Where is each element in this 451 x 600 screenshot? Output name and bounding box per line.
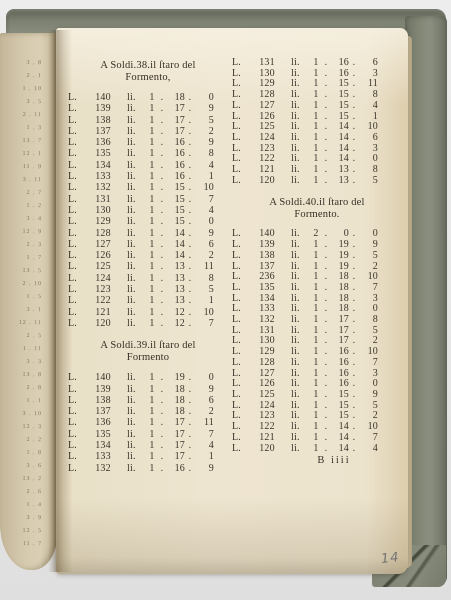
- row-lire-value: 137: [83, 126, 123, 137]
- row-separator: .: [321, 176, 331, 187]
- row-separator: .: [185, 115, 195, 126]
- row-soldi-value: 14: [167, 239, 185, 250]
- row-lire-unit: 1: [147, 440, 157, 451]
- row-li-label: li.: [123, 250, 147, 261]
- row-lire-value: 121: [247, 433, 287, 444]
- row-currency-label: L.: [68, 115, 83, 126]
- row-separator: .: [185, 417, 195, 428]
- row-separator: .: [185, 307, 195, 318]
- row-separator: .: [321, 433, 331, 444]
- row-separator: .: [185, 160, 195, 171]
- row-li-label: li.: [123, 194, 147, 205]
- row-soldi-value: 13: [167, 284, 185, 295]
- facing-page-text-fragment: 3 . 5: [4, 96, 42, 109]
- facing-page-text-fragment: 2 . 7: [4, 187, 42, 200]
- table-row: L.128li.1.14.9: [68, 228, 228, 239]
- row-lire-unit: 1: [147, 160, 157, 171]
- table-row: L.128li.1.16.7: [232, 358, 402, 369]
- row-lire-value: 127: [247, 101, 287, 112]
- row-lire-value: 138: [83, 395, 123, 406]
- row-lire-value: 135: [83, 429, 123, 440]
- facing-page-text-fragment: 13 . 8: [4, 369, 42, 382]
- row-separator: .: [185, 463, 195, 474]
- facing-page-text-fragment: 2 . 8: [4, 382, 42, 395]
- row-currency-label: L.: [68, 395, 83, 406]
- row-currency-label: L.: [68, 372, 83, 383]
- section-heading-line2: Formento,: [68, 72, 228, 84]
- row-denari-value: 5: [359, 251, 379, 262]
- row-li-label: li.: [123, 429, 147, 440]
- row-lire-unit: 1: [147, 463, 157, 474]
- row-lire-value: 120: [83, 318, 123, 329]
- row-separator: .: [185, 137, 195, 148]
- row-separator: .: [157, 318, 167, 329]
- row-currency-label: L.: [68, 239, 83, 250]
- row-separator: .: [157, 451, 167, 462]
- row-currency-label: L.: [232, 251, 247, 262]
- row-lire-unit: 1: [147, 137, 157, 148]
- row-denari-value: 2: [195, 126, 215, 137]
- table-row: L.125li.1.13.11: [68, 261, 228, 272]
- row-separator: .: [185, 148, 195, 159]
- row-lire-value: 140: [83, 372, 123, 383]
- row-separator: .: [185, 126, 195, 137]
- row-lire-value: 128: [83, 228, 123, 239]
- facing-page-text-fragment: 12 . 9: [4, 226, 42, 239]
- facing-page-text-fragment: 3 . 6: [4, 460, 42, 473]
- table-row: L.131li.1.15.7: [68, 194, 228, 205]
- row-denari-value: 2: [195, 406, 215, 417]
- row-lire-value: 133: [83, 451, 123, 462]
- facing-page-text-fragment: 3 . 4: [4, 213, 42, 226]
- facing-page-text-fragment: 12 . 3: [4, 421, 42, 434]
- row-currency-label: L.: [68, 318, 83, 329]
- row-soldi-value: 15: [331, 101, 349, 112]
- section-heading-line2: Formento: [68, 352, 228, 364]
- row-li-label: li.: [123, 406, 147, 417]
- row-lire-value: 131: [83, 194, 123, 205]
- row-lire-value: 130: [83, 205, 123, 216]
- row-separator: .: [157, 194, 167, 205]
- row-separator: .: [157, 395, 167, 406]
- row-lire-value: 133: [83, 171, 123, 182]
- row-separator: .: [185, 216, 195, 227]
- row-separator: .: [157, 372, 167, 383]
- row-separator: .: [349, 251, 359, 262]
- row-separator: .: [321, 251, 331, 262]
- row-li-label: li.: [123, 372, 147, 383]
- row-soldi-value: 12: [167, 318, 185, 329]
- row-lire-unit: 1: [147, 429, 157, 440]
- table-row: L.121li.1.14.7: [232, 433, 402, 444]
- row-soldi-value: 17: [167, 115, 185, 126]
- row-currency-label: L.: [68, 295, 83, 306]
- row-li-label: li.: [287, 176, 311, 187]
- facing-page-text-fragment: 13 . 5: [4, 265, 42, 278]
- row-denari-value: 5: [195, 115, 215, 126]
- row-soldi-value: 18: [167, 384, 185, 395]
- row-soldi-value: 15: [167, 182, 185, 193]
- table-row: L.135li.1.17.7: [68, 429, 228, 440]
- row-currency-label: L.: [68, 216, 83, 227]
- row-lire-unit: 1: [147, 372, 157, 383]
- row-separator: .: [185, 182, 195, 193]
- row-separator: .: [185, 372, 195, 383]
- row-currency-label: L.: [68, 182, 83, 193]
- row-soldi-value: 17: [167, 417, 185, 428]
- table-row: L.120li.1.13.5: [232, 176, 402, 187]
- row-denari-value: 1: [195, 171, 215, 182]
- table-row: L.121li.1.12.10: [68, 307, 228, 318]
- row-li-label: li.: [123, 171, 147, 182]
- row-lire-value: 132: [83, 182, 123, 193]
- row-soldi-value: 17: [167, 429, 185, 440]
- table-row: L.132li.1.16.9: [68, 463, 228, 474]
- row-separator: .: [157, 103, 167, 114]
- row-separator: .: [185, 429, 195, 440]
- facing-page-text-fragment: 2 . 10: [4, 278, 42, 291]
- section-heading-soldi-40: A Soldi.40.il ſtaro del Formento.: [232, 197, 402, 221]
- row-soldi-value: 15: [167, 194, 185, 205]
- row-currency-label: L.: [68, 205, 83, 216]
- table-row: L.137li.1.17.2: [68, 126, 228, 137]
- facing-page-text-fragment: 3 . 3: [4, 356, 42, 369]
- price-table-soldi-38: L.140li.1.18.0L.139li.1.17.9L.138li.1.17…: [68, 92, 228, 329]
- facing-page-text-fragment: 3 . 11: [4, 174, 42, 187]
- row-separator: .: [185, 451, 195, 462]
- row-separator: .: [157, 406, 167, 417]
- row-lire-value: 125: [83, 261, 123, 272]
- row-lire-unit: 1: [147, 182, 157, 193]
- row-lire-value: 123: [83, 284, 123, 295]
- row-separator: .: [157, 137, 167, 148]
- row-denari-value: 5: [359, 176, 379, 187]
- row-li-label: li.: [123, 182, 147, 193]
- row-li-label: li.: [123, 216, 147, 227]
- row-denari-value: 7: [359, 358, 379, 369]
- row-currency-label: L.: [68, 103, 83, 114]
- section-heading-soldi-39: A Soldi.39.il ſtaro del Formento: [68, 340, 228, 364]
- row-separator: .: [157, 92, 167, 103]
- row-currency-label: L.: [68, 194, 83, 205]
- row-currency-label: L.: [68, 307, 83, 318]
- book-page: A Soldi.38.il ſtaro del Formento, L.140l…: [56, 28, 408, 574]
- row-li-label: li.: [123, 417, 147, 428]
- row-separator: .: [349, 176, 359, 187]
- row-li-label: li.: [123, 295, 147, 306]
- row-currency-label: L.: [68, 406, 83, 417]
- row-soldi-value: 13: [331, 176, 349, 187]
- row-li-label: li.: [123, 261, 147, 272]
- row-soldi-value: 15: [167, 216, 185, 227]
- row-separator: .: [185, 261, 195, 272]
- row-lire-unit: 1: [147, 295, 157, 306]
- facing-page-text-fragment: 1 . 1: [4, 395, 42, 408]
- section-heading-soldi-38: A Soldi.38.il ſtaro del Formento,: [68, 60, 228, 84]
- row-lire-value: 127: [83, 239, 123, 250]
- facing-page-text-fragment: 2 . 5: [4, 330, 42, 343]
- facing-page-text-fragment: 1 . 10: [4, 83, 42, 96]
- row-separator: .: [157, 384, 167, 395]
- table-row: L.122li.1.13.1: [68, 295, 228, 306]
- row-denari-value: 9: [195, 137, 215, 148]
- facing-page-text-fragment: 1 . 2: [4, 200, 42, 213]
- row-separator: .: [185, 440, 195, 451]
- table-row: L.140li.1.18.0: [68, 92, 228, 103]
- row-lire-value: 129: [83, 216, 123, 227]
- table-row: L.120li.1.12.7: [68, 318, 228, 329]
- row-separator: .: [157, 182, 167, 193]
- row-lire-unit: 1: [147, 115, 157, 126]
- row-lire-unit: 1: [147, 148, 157, 159]
- section-heading-line2: Formento.: [232, 209, 402, 221]
- row-lire-value: 122: [83, 295, 123, 306]
- table-row: L.126li.1.14.2: [68, 250, 228, 261]
- row-soldi-value: 19: [331, 251, 349, 262]
- row-lire-unit: 1: [147, 194, 157, 205]
- row-denari-value: 0: [195, 372, 215, 383]
- row-soldi-value: 13: [167, 273, 185, 284]
- row-currency-label: L.: [68, 429, 83, 440]
- row-soldi-value: 17: [167, 440, 185, 451]
- row-separator: .: [185, 318, 195, 329]
- row-lire-unit: 1: [311, 176, 321, 187]
- row-denari-value: 7: [195, 429, 215, 440]
- facing-page-text-fragment: 2 . 11: [4, 109, 42, 122]
- row-li-label: li.: [123, 463, 147, 474]
- row-soldi-value: 16: [167, 160, 185, 171]
- row-lire-value: 128: [247, 358, 287, 369]
- row-li-label: li.: [287, 433, 311, 444]
- row-lire-value: 126: [83, 250, 123, 261]
- row-separator: .: [157, 160, 167, 171]
- row-soldi-value: 15: [167, 205, 185, 216]
- row-separator: .: [157, 228, 167, 239]
- row-li-label: li.: [123, 307, 147, 318]
- section-heading-line1: A Soldi.38.il ſtaro del: [68, 60, 228, 72]
- row-lire-unit: 1: [147, 318, 157, 329]
- row-currency-label: L.: [68, 417, 83, 428]
- row-soldi-value: 18: [167, 406, 185, 417]
- row-li-label: li.: [123, 137, 147, 148]
- row-soldi-value: 17: [167, 103, 185, 114]
- row-li-label: li.: [123, 160, 147, 171]
- price-table-column-left: A Soldi.38.il ſtaro del Formento, L.140l…: [68, 60, 228, 474]
- table-row: L.138li.1.19.5: [232, 251, 402, 262]
- row-lire-value: 136: [83, 137, 123, 148]
- row-currency-label: L.: [232, 176, 247, 187]
- row-denari-value: 10: [195, 307, 215, 318]
- row-separator: .: [157, 463, 167, 474]
- row-currency-label: L.: [68, 160, 83, 171]
- facing-page-text-fragment: 13 . 2: [4, 473, 42, 486]
- row-lire-unit: 1: [147, 261, 157, 272]
- table-row: L.132li.1.15.10: [68, 182, 228, 193]
- row-lire-unit: 1: [147, 417, 157, 428]
- row-denari-value: 7: [195, 194, 215, 205]
- row-li-label: li.: [287, 444, 311, 455]
- row-separator: .: [185, 295, 195, 306]
- facing-page-edge: 3 . 82 . 11 . 103 . 52 . 111 . 313 . 712…: [0, 33, 57, 570]
- row-soldi-value: 13: [167, 261, 185, 272]
- row-lire-unit: 1: [147, 216, 157, 227]
- row-currency-label: L.: [68, 451, 83, 462]
- facing-page-text-fragment: 13 . 7: [4, 135, 42, 148]
- row-soldi-value: 16: [167, 148, 185, 159]
- row-separator: .: [157, 250, 167, 261]
- facing-page-text-fragment: 3 . 10: [4, 408, 42, 421]
- table-row: L.127li.1.14.6: [68, 239, 228, 250]
- row-soldi-value: 13: [167, 295, 185, 306]
- row-currency-label: L.: [232, 433, 247, 444]
- row-currency-label: L.: [68, 171, 83, 182]
- row-separator: .: [157, 148, 167, 159]
- row-separator: .: [185, 250, 195, 261]
- row-denari-value: 4: [195, 205, 215, 216]
- row-li-label: li.: [123, 284, 147, 295]
- row-separator: .: [157, 284, 167, 295]
- row-lire-value: 135: [83, 148, 123, 159]
- table-row: L.134li.1.17.4: [68, 440, 228, 451]
- row-currency-label: L.: [68, 261, 83, 272]
- row-soldi-value: 18: [167, 92, 185, 103]
- row-denari-value: 1: [195, 295, 215, 306]
- row-currency-label: L.: [68, 92, 83, 103]
- row-currency-label: L.: [232, 444, 247, 455]
- row-denari-value: 0: [195, 216, 215, 227]
- row-li-label: li.: [123, 148, 147, 159]
- facing-page-text-fragment: 1 . 3: [4, 122, 42, 135]
- row-lire-unit: 1: [147, 103, 157, 114]
- row-separator: .: [185, 273, 195, 284]
- row-lire-unit: 1: [147, 239, 157, 250]
- row-separator: .: [185, 92, 195, 103]
- signature-mark: B iiii: [232, 455, 402, 466]
- facing-page-text-fragment: 2 . 1: [4, 70, 42, 83]
- row-li-label: li.: [123, 126, 147, 137]
- row-separator: .: [157, 295, 167, 306]
- row-currency-label: L.: [68, 273, 83, 284]
- row-separator: .: [157, 417, 167, 428]
- price-table-soldi-39-part1: L.140li.1.19.0L.139li.1.18.9L.138li.1.18…: [68, 372, 228, 474]
- row-currency-label: L.: [68, 440, 83, 451]
- row-lire-value: 138: [83, 115, 123, 126]
- row-lire-unit: 1: [147, 92, 157, 103]
- table-row: L.123li.1.13.5: [68, 284, 228, 295]
- facing-page-text-fragment: 11 . 9: [4, 161, 42, 174]
- table-row: L.129li.1.15.0: [68, 216, 228, 227]
- price-table-soldi-40: L.140li.2.0.0L.139li.1.19.9L.138li.1.19.…: [232, 229, 402, 454]
- row-separator: .: [157, 261, 167, 272]
- table-row: L.124li.1.13.8: [68, 273, 228, 284]
- row-lire-value: 139: [83, 384, 123, 395]
- row-li-label: li.: [123, 273, 147, 284]
- row-li-label: li.: [123, 395, 147, 406]
- row-denari-value: 9: [195, 228, 215, 239]
- facing-page-text-fragment: 2 . 3: [4, 239, 42, 252]
- table-row: L.135li.1.16.8: [68, 148, 228, 159]
- row-soldi-value: 16: [167, 137, 185, 148]
- row-soldi-value: 16: [167, 171, 185, 182]
- row-separator: .: [349, 433, 359, 444]
- row-soldi-value: 18: [167, 395, 185, 406]
- row-denari-value: 8: [195, 148, 215, 159]
- row-separator: .: [157, 171, 167, 182]
- facing-page-text-fragment: 12 . 1: [4, 148, 42, 161]
- row-li-label: li.: [123, 92, 147, 103]
- row-li-label: li.: [123, 239, 147, 250]
- row-li-label: li.: [123, 205, 147, 216]
- table-row: L.136li.1.17.11: [68, 417, 228, 428]
- table-row: L.133li.1.17.1: [68, 451, 228, 462]
- row-lire-unit: 1: [311, 433, 321, 444]
- facing-page-text-fragment: 12 . 5: [4, 525, 42, 538]
- row-li-label: li.: [123, 451, 147, 462]
- row-li-label: li.: [123, 115, 147, 126]
- row-lire-unit: 1: [147, 384, 157, 395]
- row-denari-value: 5: [195, 284, 215, 295]
- section-heading-line1: A Soldi.39.il ſtaro del: [68, 340, 228, 352]
- table-row: L.127li.1.15.4: [232, 101, 402, 112]
- row-soldi-value: 17: [167, 126, 185, 137]
- table-row: L.130li.1.15.4: [68, 205, 228, 216]
- table-row: L.137li.1.18.2: [68, 406, 228, 417]
- row-separator: .: [185, 205, 195, 216]
- row-separator: .: [185, 239, 195, 250]
- row-separator: .: [157, 216, 167, 227]
- row-li-label: li.: [123, 228, 147, 239]
- row-currency-label: L.: [68, 148, 83, 159]
- row-lire-unit: 1: [147, 228, 157, 239]
- facing-page-text-fragment: 3 . 8: [4, 57, 42, 70]
- row-lire-value: 139: [83, 103, 123, 114]
- row-currency-label: L.: [68, 284, 83, 295]
- row-separator: .: [157, 126, 167, 137]
- facing-page-text-fragment: 2 . 2: [4, 434, 42, 447]
- row-lire-unit: 1: [311, 444, 321, 455]
- row-lire-unit: 1: [147, 395, 157, 406]
- row-soldi-value: 19: [167, 372, 185, 383]
- row-denari-value: 11: [195, 417, 215, 428]
- facing-page-text-fragment: 3 . 1: [4, 304, 42, 317]
- facing-page-text-fragment: 1 . 11: [4, 343, 42, 356]
- facing-page-text-fragment: 12 . 11: [4, 317, 42, 330]
- price-table-column-right: L.131li.1.16.6L.130li.1.16.3L.129li.1.15…: [232, 58, 402, 466]
- row-denari-value: 0: [195, 92, 215, 103]
- row-separator: .: [185, 228, 195, 239]
- facing-page-text-fragment: 1 . 8: [4, 447, 42, 460]
- row-denari-value: 2: [195, 250, 215, 261]
- row-separator: .: [349, 101, 359, 112]
- row-denari-value: 9: [195, 103, 215, 114]
- row-currency-label: L.: [232, 358, 247, 369]
- facing-page-text-fragment: 2 . 6: [4, 486, 42, 499]
- row-lire-value: 140: [83, 92, 123, 103]
- table-row: L.133li.1.16.1: [68, 171, 228, 182]
- row-separator: .: [157, 307, 167, 318]
- row-currency-label: L.: [68, 463, 83, 474]
- price-table-soldi-39-part2: L.131li.1.16.6L.130li.1.16.3L.129li.1.15…: [232, 58, 402, 186]
- row-denari-value: 11: [195, 261, 215, 272]
- row-li-label: li.: [123, 103, 147, 114]
- row-soldi-value: 14: [167, 228, 185, 239]
- row-separator: .: [157, 239, 167, 250]
- row-li-label: li.: [287, 251, 311, 262]
- row-denari-value: 8: [195, 273, 215, 284]
- row-denari-value: 1: [195, 451, 215, 462]
- table-row: L.134li.1.16.4: [68, 160, 228, 171]
- row-lire-unit: 1: [311, 101, 321, 112]
